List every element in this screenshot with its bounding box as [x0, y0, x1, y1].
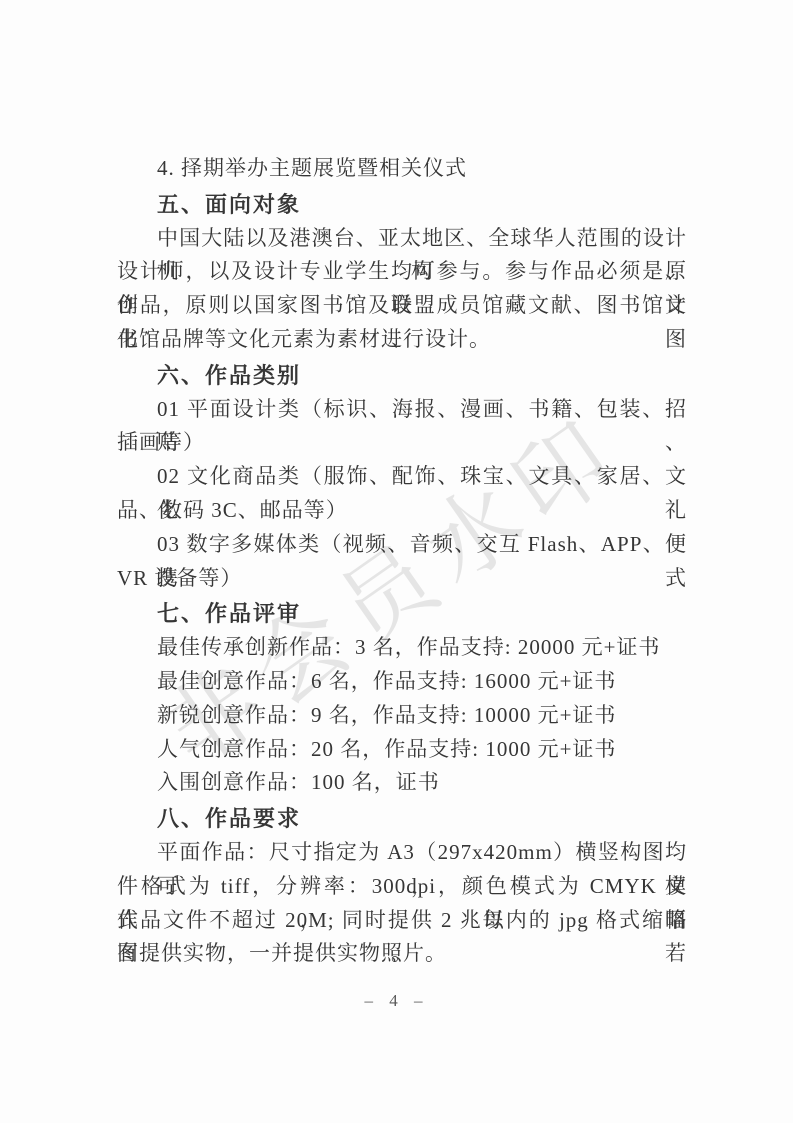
text-line: 入围创意作品：100 名，证书 [117, 766, 687, 800]
text-line: 01 平面设计类（标识、海报、漫画、书籍、包装、招贴、 [117, 393, 687, 427]
section-heading: 六、作品类别 [117, 359, 687, 393]
text-line: 4. 择期举办主题展览暨相关仪式 [117, 152, 687, 186]
text-line: 人气创意作品：20 名，作品支持: 1000 元+证书 [117, 733, 687, 767]
page-number: – 4 – [0, 991, 793, 1011]
text-line: 02 文化商品类（服饰、配饰、珠宝、文具、家居、文化礼 [117, 460, 687, 494]
text-line: 作品文件不超过 20M; 同时提供 2 兆以内的 jpg 格式缩略图。若 [117, 904, 687, 938]
section-heading: 五、面向对象 [117, 188, 687, 222]
text-line: 件格式为 tiff，分辨率：300dpi，颜色模式为 CMYK 模式，每幅 [117, 870, 687, 904]
text-line: 平面作品：尺寸指定为 A3（297x420mm）横竖构图均可，文 [117, 836, 687, 870]
text-line: 作品，原则以国家图书馆及联盟成员馆藏文献、图书馆文化、图 [117, 289, 687, 323]
text-line: 03 数字多媒体类（视频、音频、交互 Flash、APP、便携式 [117, 528, 687, 562]
section-heading: 七、作品评审 [117, 597, 687, 631]
text-block: 4. 择期举办主题展览暨相关仪式五、面向对象中国大陆以及港澳台、亚太地区、全球华… [117, 152, 687, 971]
text-line: 中国大陆以及港澳台、亚太地区、全球华人范围的设计机构、 [117, 222, 687, 256]
document-page: { "watermark": { "text": "非会员水印", "color… [0, 0, 793, 1123]
text-line: 最佳创意作品：6 名，作品支持: 16000 元+证书 [117, 665, 687, 699]
section-heading: 八、作品要求 [117, 802, 687, 836]
text-line: 新锐创意作品：9 名，作品支持: 10000 元+证书 [117, 699, 687, 733]
text-line: 设计师，以及设计专业学生均可参与。参与作品必须是原创设计 [117, 255, 687, 289]
text-line: 最佳传承创新作品：3 名，作品支持: 20000 元+证书 [117, 631, 687, 665]
